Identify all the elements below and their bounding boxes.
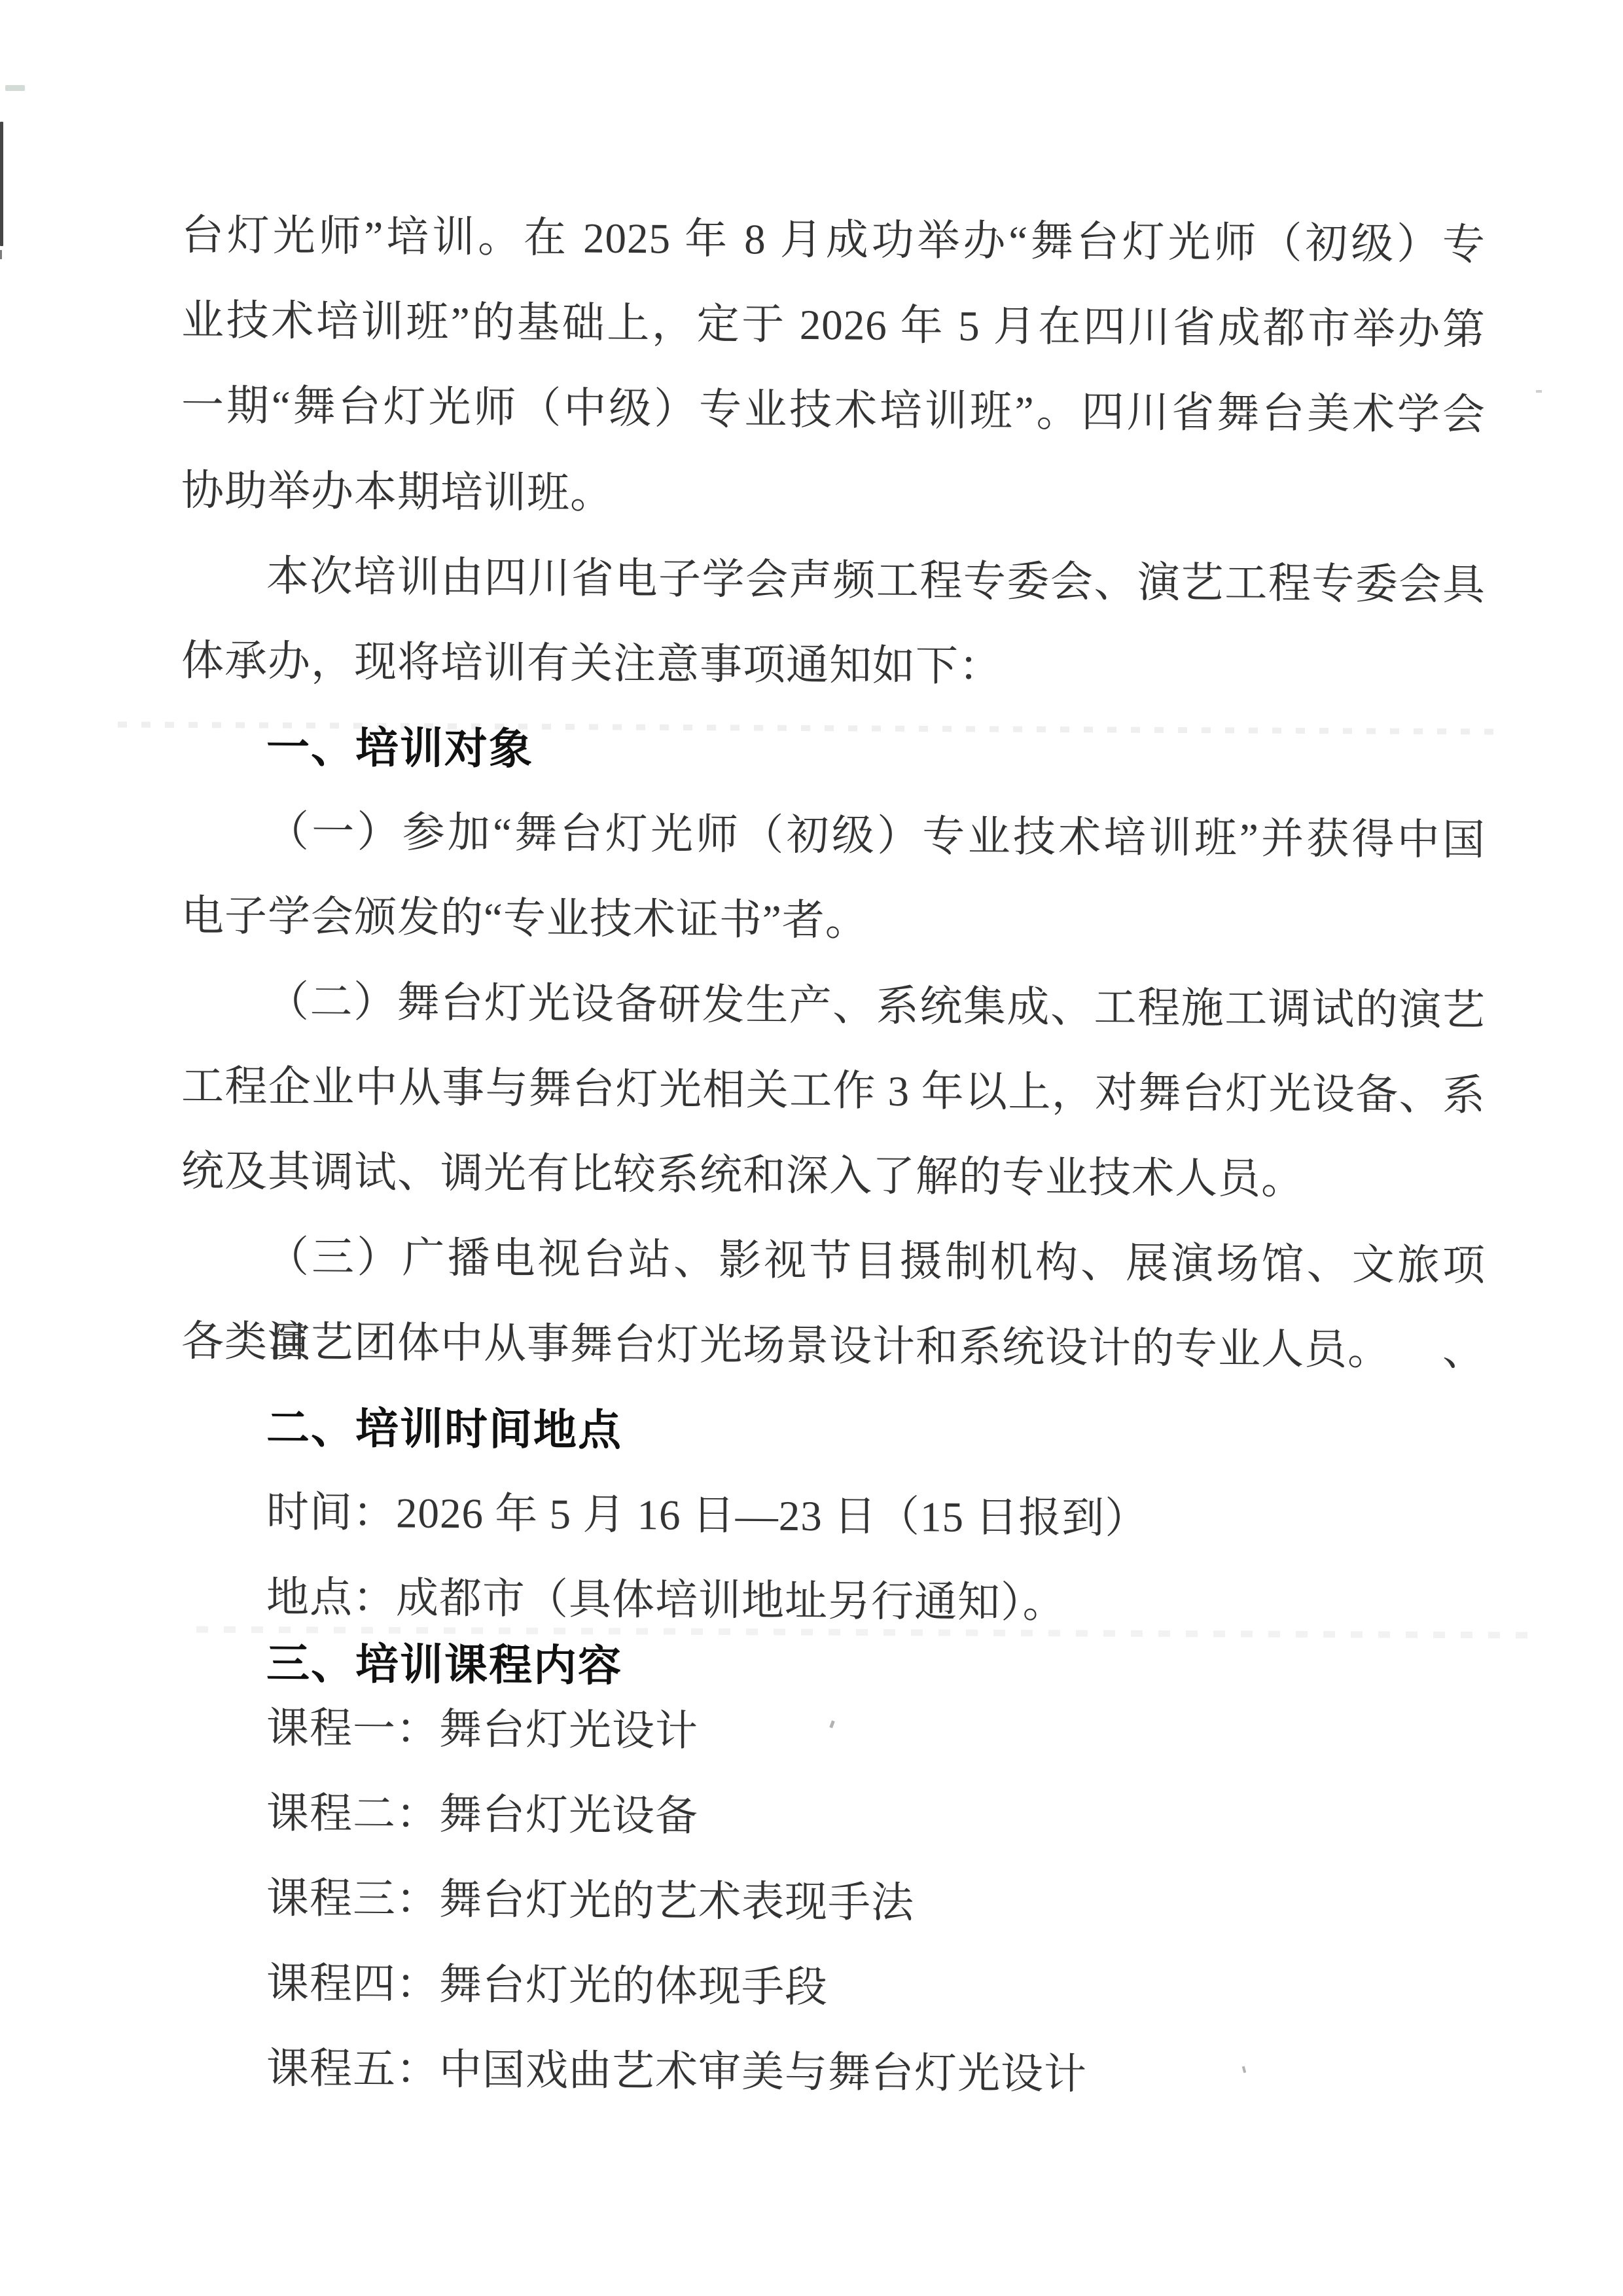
- text-line: （一）参加“舞台灯光师（初级）专业技术培训班”并获得中国: [181, 789, 1486, 884]
- scanned-notice-page: 台灯光师”培训。在 2025 年 8 月成功举办“舞台灯光师（初级）专 业技术培…: [0, 0, 1623, 2296]
- course-line: 课程三：舞台灯光的艺术表现手法: [181, 1856, 1486, 1950]
- text-line: 本次培训由四川省电子学会声频工程专委会、演艺工程专委会具: [181, 533, 1486, 628]
- course-line: 课程五：中国戏曲艺术审美与舞台灯光设计: [181, 2026, 1486, 2121]
- text-line: 台灯光师”培训。在 2025 年 8 月成功举办“舞台灯光师（初级）专: [181, 193, 1486, 288]
- text-line: 各类演艺团体中从事舞台灯光场景设计和系统设计的专业人员。: [181, 1299, 1486, 1394]
- document-body: 台灯光师”培训。在 2025 年 8 月成功举办“舞台灯光师（初级）专 业技术培…: [181, 193, 1486, 2121]
- scan-artifact-margin-dash: [5, 85, 25, 91]
- course-line: 课程四：舞台灯光的体现手段: [181, 1941, 1486, 2036]
- text-line: 统及其调试、调光有比较系统和深入了解的专业技术人员。: [181, 1129, 1486, 1224]
- scan-artifact-left-edge: [0, 122, 3, 246]
- course-line: 课程一：舞台灯光设计: [181, 1685, 1486, 1780]
- scan-artifact-left-edge-small: [0, 250, 2, 259]
- text-line: 协助举办本期培训班。: [181, 448, 1486, 543]
- text-line: （二）舞台灯光设备研发生产、系统集成、工程施工调试的演艺: [181, 959, 1486, 1054]
- text-line: 一期“舞台灯光师（中级）专业技术培训班”。四川省舞台美术学会: [181, 363, 1486, 458]
- text-line: 体承办，现将培训有关注意事项通知如下：: [181, 619, 1486, 713]
- text-line: （三）广播电视台站、影视节目摄制机构、展演场馆、文旅项目、: [181, 1214, 1486, 1309]
- text-line: 业技术培训班”的基础上，定于 2026 年 5 月在四川省成都市举办第: [181, 278, 1486, 373]
- section-heading-time-place: 二、培训时间地点: [181, 1384, 1486, 1479]
- training-time-line: 时间：2026 年 5 月 16 日—23 日（15 日报到）: [181, 1469, 1486, 1564]
- course-line: 课程二：舞台灯光设备: [181, 1770, 1486, 1865]
- text-line: 工程企业中从事与舞台灯光相关工作 3 年以上，对舞台灯光设备、系: [181, 1044, 1486, 1139]
- text-line: 电子学会颁发的“专业技术证书”者。: [181, 874, 1486, 969]
- scan-artifact-speck: [1536, 390, 1542, 393]
- section-heading-training-targets: 一、培训对象: [181, 704, 1486, 798]
